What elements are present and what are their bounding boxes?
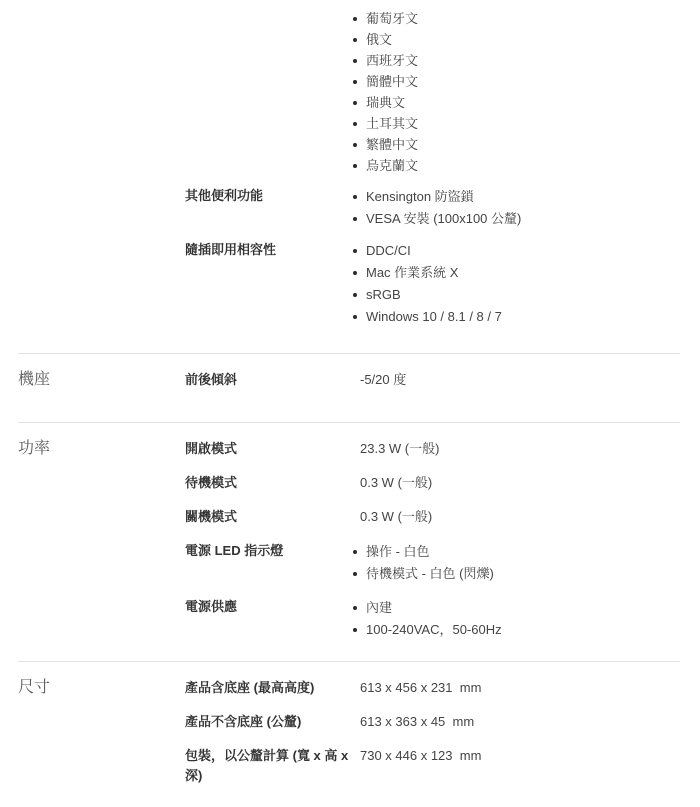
spec-value: 0.3 W (一般) [352, 473, 432, 493]
bullet-item: 烏克蘭文 [353, 155, 418, 176]
spec-row-with-stand: 產品含底座 (最高高度) 613 x 456 x 231 mm [185, 678, 680, 698]
bullet-icon [353, 249, 357, 253]
spec-row-standby-mode: 待機模式 0.3 W (一般) [185, 473, 680, 493]
section-power: 功率 開啟模式 23.3 W (一般) 待機模式 0.3 W (一般) 關機模式… [18, 423, 680, 662]
bullet-item: sRGB [353, 284, 502, 306]
bullet-icon [353, 550, 357, 554]
spec-label: 電源 LED 指示燈 [185, 541, 352, 561]
spec-label: 待機模式 [185, 473, 352, 493]
spec-value: 23.3 W (一般) [352, 439, 439, 459]
spec-label: 隨插即用相容性 [185, 240, 352, 260]
bullet-item: DDC/CI [353, 240, 502, 262]
spec-label: 產品含底座 (最高高度) [185, 678, 352, 698]
spec-row-power-led: 電源 LED 指示燈 操作 - 白色 待機模式 - 白色 (閃爍) [185, 541, 680, 585]
bullet-text: 俄文 [366, 29, 392, 50]
bullet-icon [353, 606, 357, 610]
bullet-icon [353, 195, 357, 199]
bullet-icon [353, 572, 357, 576]
bullet-icon [353, 38, 357, 42]
spec-row-languages: 葡萄牙文 俄文 西班牙文 簡體中文 瑞典文 土耳其文 繁體中文 烏克蘭文 [185, 8, 680, 176]
bullet-icon [353, 122, 357, 126]
bullet-text: DDC/CI [366, 240, 411, 262]
spec-label: 關機模式 [185, 507, 352, 527]
bullet-item: Kensington 防盜鎖 [353, 186, 521, 208]
bullet-item: 土耳其文 [353, 113, 418, 134]
bullet-icon [353, 217, 357, 221]
section-stand: 機座 前後傾斜 -5/20 度 [18, 354, 680, 423]
bullet-text: 100-240VAC，50-60Hz [366, 619, 502, 641]
bullet-text: 內建 [366, 597, 392, 619]
spec-label: 電源供應 [185, 597, 352, 617]
bullet-item: 葡萄牙文 [353, 8, 418, 29]
bullet-text: 繁體中文 [366, 134, 418, 155]
bullet-item: 簡體中文 [353, 71, 418, 92]
spec-label: 其他便利功能 [185, 186, 352, 206]
bullet-icon [353, 59, 357, 63]
spec-row-power-supply: 電源供應 內建 100-240VAC，50-60Hz [185, 597, 680, 641]
bullet-item: VESA 安裝 (100x100 公釐) [353, 208, 521, 230]
bullet-item: 操作 - 白色 [353, 541, 494, 563]
bullet-text: 烏克蘭文 [366, 155, 418, 176]
section-title [18, 8, 185, 328]
spec-row-plug-and-play: 隨插即用相容性 DDC/CI Mac 作業系統 X sRGB Windows 1… [185, 240, 680, 328]
section-dimensions: 尺寸 產品含底座 (最高高度) 613 x 456 x 231 mm 產品不含底… [18, 662, 680, 807]
bullet-item: Windows 10 / 8.1 / 8 / 7 [353, 306, 502, 328]
spec-row-packaging: 包裝，以公釐計算 (寬 x 高 x 深) 730 x 446 x 123 mm [185, 746, 680, 786]
spec-label: 開啟模式 [185, 439, 352, 459]
bullet-item: 繁體中文 [353, 134, 418, 155]
bullet-icon [353, 17, 357, 21]
section-title: 機座 [18, 370, 185, 390]
bullet-text: Mac 作業系統 X [366, 262, 458, 284]
bullet-text: 葡萄牙文 [366, 8, 418, 29]
bullet-text: 西班牙文 [366, 50, 418, 71]
spec-value: 0.3 W (一般) [352, 507, 432, 527]
spec-value: 613 x 363 x 45 mm [352, 712, 474, 732]
bullet-item: 內建 [353, 597, 502, 619]
section-title: 尺寸 [18, 678, 185, 786]
section-continued: 葡萄牙文 俄文 西班牙文 簡體中文 瑞典文 土耳其文 繁體中文 烏克蘭文 其他便… [18, 0, 680, 354]
bullet-item: 100-240VAC，50-60Hz [353, 619, 502, 641]
spec-label: 包裝，以公釐計算 (寬 x 高 x 深) [185, 746, 352, 786]
spec-label: 產品不含底座 (公釐) [185, 712, 352, 732]
spec-row-off-mode: 關機模式 0.3 W (一般) [185, 507, 680, 527]
spec-value: 613 x 456 x 231 mm [352, 678, 481, 698]
spec-label: 前後傾斜 [185, 370, 352, 390]
bullet-item: 俄文 [353, 29, 418, 50]
bullet-icon [353, 164, 357, 168]
bullet-text: 土耳其文 [366, 113, 418, 134]
section-title: 功率 [18, 439, 185, 641]
bullet-icon [353, 271, 357, 275]
spec-table: 葡萄牙文 俄文 西班牙文 簡體中文 瑞典文 土耳其文 繁體中文 烏克蘭文 其他便… [0, 0, 700, 807]
bullet-text: VESA 安裝 (100x100 公釐) [366, 208, 521, 230]
bullet-icon [353, 315, 357, 319]
bullet-text: 簡體中文 [366, 71, 418, 92]
bullet-item: Mac 作業系統 X [353, 262, 502, 284]
bullet-text: Kensington 防盜鎖 [366, 186, 474, 208]
bullet-text: 待機模式 - 白色 (閃爍) [366, 563, 494, 585]
bullet-icon [353, 628, 357, 632]
bullet-text: 操作 - 白色 [366, 541, 430, 563]
bullet-icon [353, 101, 357, 105]
bullet-icon [353, 293, 357, 297]
bullet-text: 瑞典文 [366, 92, 405, 113]
bullet-icon [353, 143, 357, 147]
spec-value: -5/20 度 [352, 370, 406, 390]
spec-row-without-stand: 產品不含底座 (公釐) 613 x 363 x 45 mm [185, 712, 680, 732]
spec-value: 730 x 446 x 123 mm [352, 746, 481, 766]
bullet-text: sRGB [366, 284, 401, 306]
spec-row-other-features: 其他便利功能 Kensington 防盜鎖 VESA 安裝 (100x100 公… [185, 186, 680, 230]
bullet-item: 待機模式 - 白色 (閃爍) [353, 563, 494, 585]
bullet-text: Windows 10 / 8.1 / 8 / 7 [366, 306, 502, 328]
bullet-icon [353, 80, 357, 84]
spec-row-on-mode: 開啟模式 23.3 W (一般) [185, 439, 680, 459]
bullet-item: 西班牙文 [353, 50, 418, 71]
bullet-item: 瑞典文 [353, 92, 418, 113]
spec-row-tilt: 前後傾斜 -5/20 度 [185, 370, 680, 390]
